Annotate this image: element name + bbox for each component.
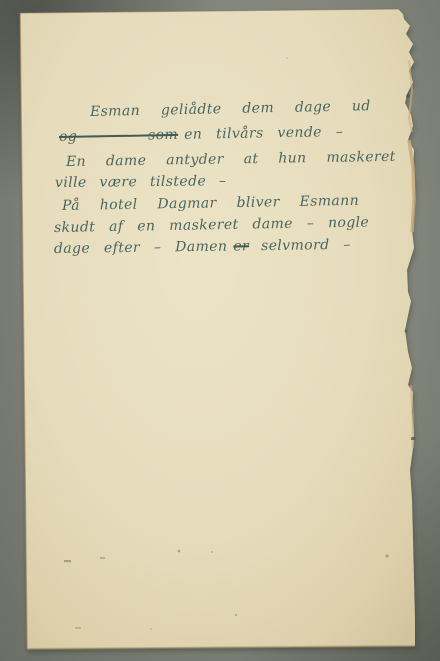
edge-nick [405,330,408,333]
paper-scan [0,0,440,661]
paper-speck [100,557,105,559]
paper-speck [211,551,213,553]
paper-speck [286,57,288,59]
paper-speck [150,628,152,630]
paper-speck [178,550,181,553]
scanned-document-background: Esman geliådte dem dage ud og ——— somen … [0,0,440,661]
paper-speck [75,627,81,629]
edge-nick [406,94,410,98]
paper-sheet [20,9,415,649]
paper-speck [235,614,237,616]
paper-speck [64,560,71,562]
edge-nick [411,437,415,440]
paper-speck [385,554,388,557]
